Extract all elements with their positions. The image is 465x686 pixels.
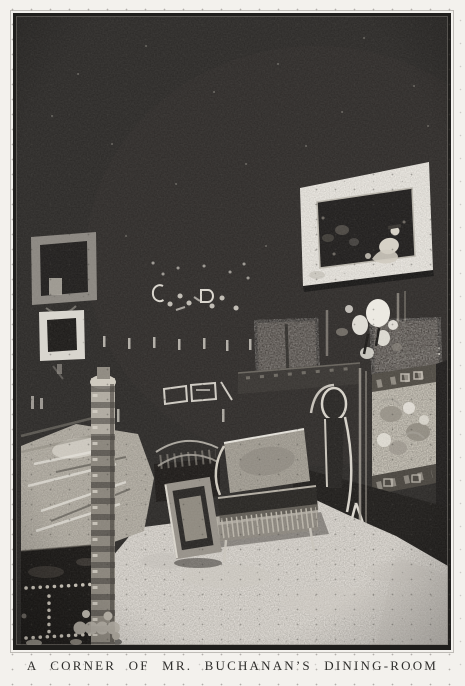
photo-caption: A CORNER OF MR. BUCHANAN’S DINING-ROOM — [0, 658, 465, 674]
photo-vignette — [16, 16, 448, 645]
scanned-page: { "page": { "background_color": "#f3f1ed… — [0, 0, 465, 686]
photo-scene — [16, 16, 448, 645]
halftone-photograph — [13, 13, 451, 650]
